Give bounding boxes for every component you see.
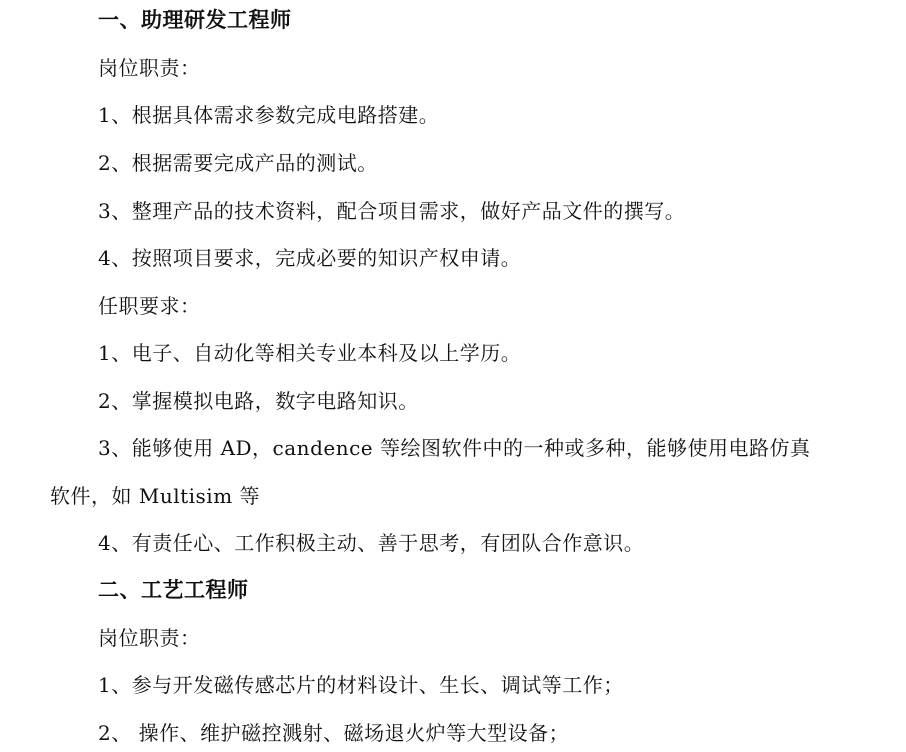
requirements-label: 任职要求： [98,294,201,318]
section-heading-assistant-rd-engineer: 一、助理研发工程师 [98,8,292,32]
duty-item: 3、整理产品的技术资料，配合项目需求，做好产品文件的撰写。 [98,199,685,223]
duty-item: 2、根据需要完成产品的测试。 [98,151,378,175]
requirement-item: 1、电子、自动化等相关专业本科及以上学历。 [98,341,521,365]
duty-item: 1、参与开发磁传感芯片的材料设计、生长、调试等工作； [98,673,624,697]
duty-item: 2、 操作、维护磁控溅射、磁场退火炉等大型设备； [98,721,569,745]
requirement-item: 4、有责任心、工作积极主动、善于思考，有团队合作意识。 [98,531,644,555]
duty-item: 1、根据具体需求参数完成电路搭建。 [98,103,439,127]
requirement-item-continuation: 软件，如 Multisim 等 [50,484,260,508]
section-heading-process-engineer: 二、工艺工程师 [98,578,249,602]
duties-label: 岗位职责： [98,56,201,80]
duty-item: 4、按照项目要求，完成必要的知识产权申请。 [98,246,521,270]
requirement-item: 3、能够使用 AD，candence 等绘图软件中的一种或多种，能够使用电路仿真 [98,436,810,460]
duties-label: 岗位职责： [98,626,201,650]
requirement-item: 2、掌握模拟电路，数字电路知识。 [98,389,419,413]
